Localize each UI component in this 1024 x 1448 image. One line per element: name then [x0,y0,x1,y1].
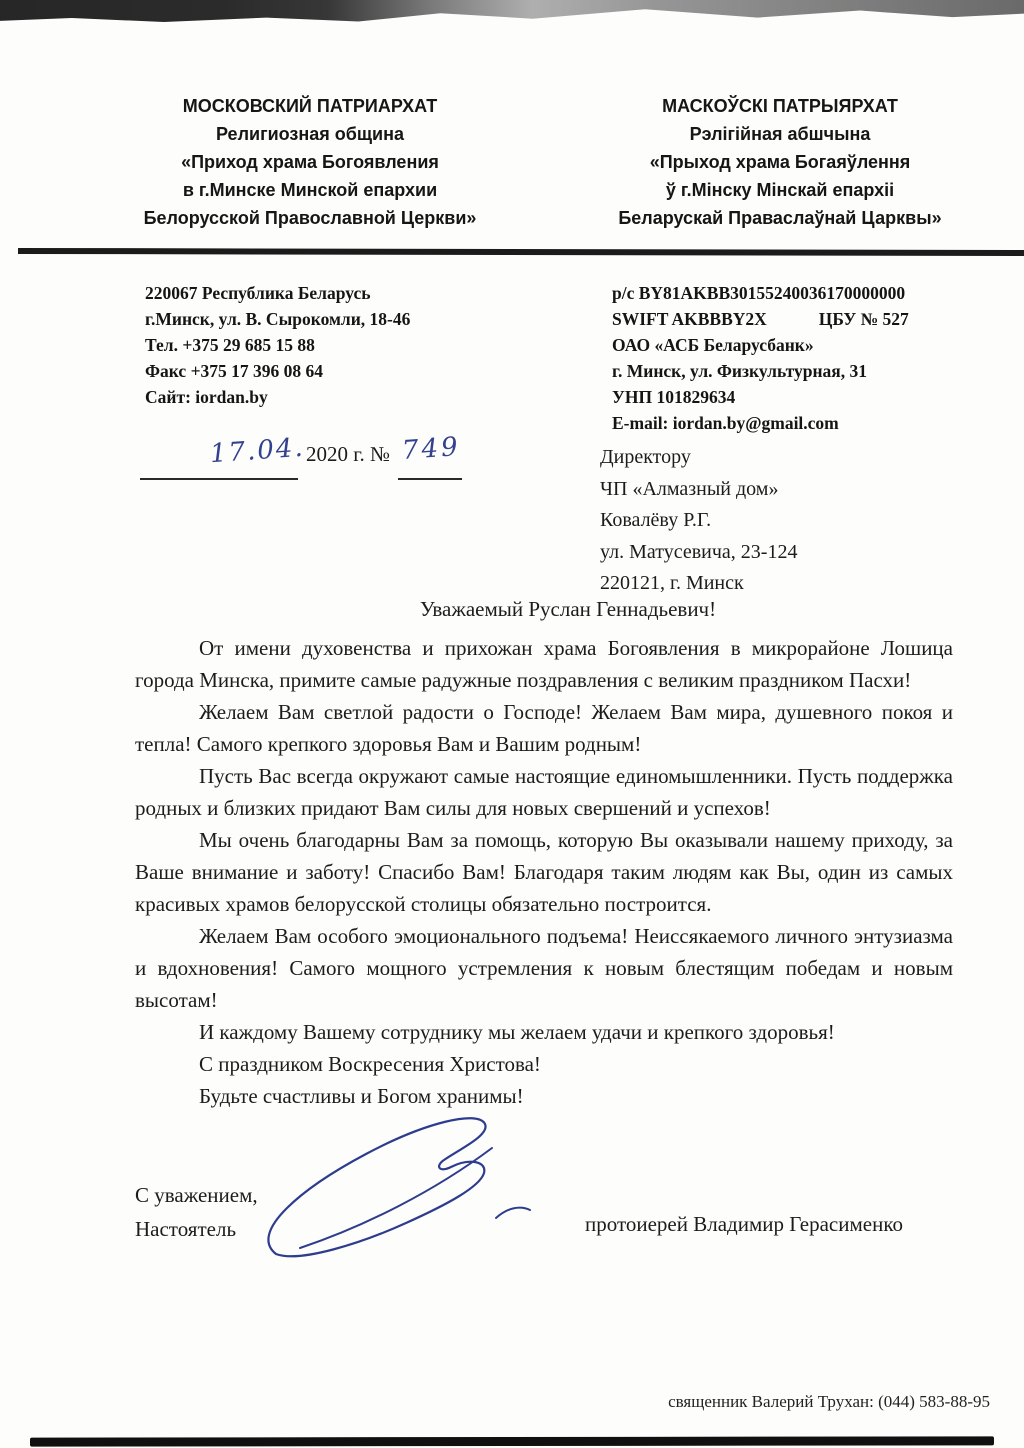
contact-postal-line: 220067 Республика Беларусь [145,280,565,306]
letterhead-line: Религиозная община [110,120,510,148]
letterhead-russian: МОСКОВСКИЙ ПАТРИАРХАТ Религиозная община… [110,92,510,232]
contact-phone-line: Тел. +375 29 685 15 88 [145,332,565,358]
bank-account-line: р/с BY81AKBB30155240036170000000 [612,280,1012,306]
top-scan-artifact [0,0,1024,22]
contact-fax-line: Факс +375 17 396 08 64 [145,358,565,384]
number-underline [398,478,462,480]
letterhead-line: Беларускай Праваслаўнай Царквы» [570,204,990,232]
bank-swift-row: SWIFT AKBBBY2X ЦБУ № 527 [612,306,1012,332]
body-paragraph: Желаем Вам светлой радости о Господе! Же… [135,696,953,760]
recipient-company-line: ЧП «Алмазный дом» [600,474,980,506]
letterhead-line: «Приход храма Богоявления [110,148,510,176]
handwritten-date: 17.04. [209,433,306,470]
body-paragraph: И каждому Вашему сотруднику мы желаем уд… [135,1016,953,1048]
bank-address-line: г. Минск, ул. Физкультурная, 31 [612,358,1012,384]
bank-swift: SWIFT AKBBBY2X [612,306,767,332]
letterhead-line: в г.Минске Минской епархии [110,176,510,204]
signoff-respect: С уважением, [135,1178,258,1212]
header-divider-rule [18,248,1024,256]
body-paragraph: От имени духовенства и прихожан храма Бо… [135,632,953,696]
letterhead-line: Рэлігійная абшчына [570,120,990,148]
bank-details-block: р/с BY81AKBB30155240036170000000 SWIFT A… [612,280,1012,436]
salutation: Уважаемый Руслан Геннадьевич! [135,597,955,622]
bottom-scan-artifact [30,1436,994,1446]
signature-icon [258,1106,558,1266]
letterhead-line: МАСКОЎСКІ ПАТРЫЯРХАТ [570,92,990,120]
contact-street-line: г.Минск, ул. В. Сырокомли, 18-46 [145,306,565,332]
recipient-city-line: 220121, г. Минск [600,568,980,600]
signoff-title: Настоятель [135,1212,258,1246]
signoff-block: С уважением, Настоятель [135,1178,258,1246]
scanned-letter-page: МОСКОВСКИЙ ПАТРИАРХАТ Религиозная община… [0,0,1024,1448]
recipient-block: Директору ЧП «Алмазный дом» Ковалёву Р.Г… [600,442,980,600]
bank-name-line: ОАО «АСБ Беларусбанк» [612,332,1012,358]
dateline: 17.04. 2020 г. № 749 [0,430,600,500]
bank-cbu: ЦБУ № 527 [819,306,909,332]
body-paragraph: Желаем Вам особого эмоционального подъем… [135,920,953,1016]
printed-date-label: 2020 г. № [306,442,390,467]
letterhead-belarusian: МАСКОЎСКІ ПАТРЫЯРХАТ Рэлігійная абшчына … [570,92,990,232]
body-paragraph: Мы очень благодарны Вам за помощь, котор… [135,824,953,920]
contact-site-line: Сайт: iordan.by [145,384,565,410]
signer-name: протоиерей Владимир Герасименко [585,1212,903,1237]
letterhead-line: «Прыход храма Богаяўлення [570,148,990,176]
body-paragraph: С праздником Воскресения Христова! [135,1048,953,1080]
bank-email-line: E-mail: iordan.by@gmail.com [612,410,1012,436]
footer-contact: священник Валерий Трухан: (044) 583-88-9… [668,1392,990,1412]
date-underline [140,478,298,480]
letterhead-line: МОСКОВСКИЙ ПАТРИАРХАТ [110,92,510,120]
letter-body: От имени духовенства и прихожан храма Бо… [135,632,953,1112]
letterhead-line: Белорусской Православной Церкви» [110,204,510,232]
bank-unp-line: УНП 101829634 [612,384,1012,410]
recipient-name-line: Ковалёву Р.Г. [600,505,980,537]
recipient-street-line: ул. Матусевича, 23-124 [600,537,980,569]
contact-block: 220067 Республика Беларусь г.Минск, ул. … [145,280,565,410]
recipient-title-line: Директору [600,442,980,474]
handwritten-number: 749 [401,432,462,466]
body-paragraph: Пусть Вас всегда окружают самые настоящи… [135,760,953,824]
letterhead-line: ў г.Мінску Мінскай епархіі [570,176,990,204]
